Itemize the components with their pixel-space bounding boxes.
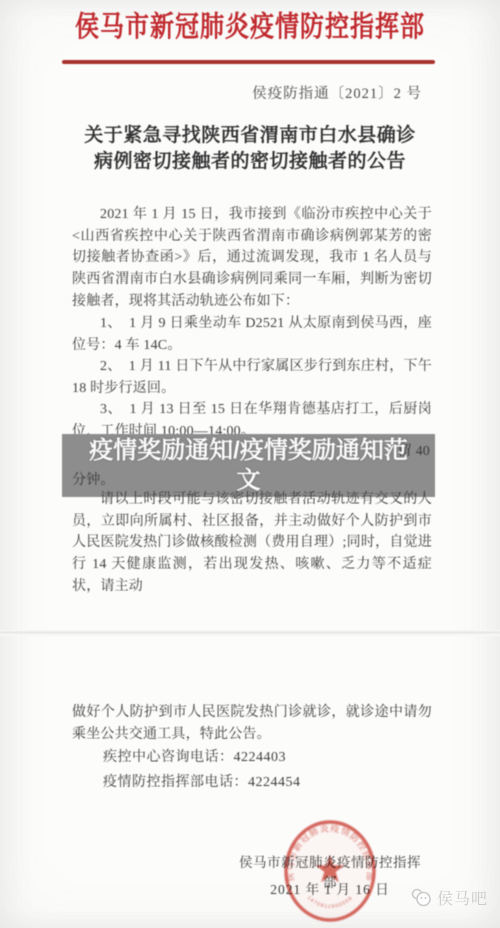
document-photo: 侯马市新冠肺炎疫情防控指挥部 侯疫防指通〔2021〕2 号 关于紧急寻找陕西省渭… (0, 0, 500, 928)
photo-stitch-seam (0, 630, 500, 636)
official-red-seal: 侯马市新冠肺炎疫情防控指挥部 1470811900008 (281, 816, 379, 926)
letterhead-divider (62, 60, 435, 64)
headquarters-phone-line: 疫情防控指挥部电话：4224454 (103, 771, 301, 791)
track-item-2: 2、 1 月 11 日下午从中行家属区步行到东庄村，下午 18 时步行返回。 (72, 356, 432, 399)
watermark-logo-icon (410, 886, 433, 909)
caption-overlay-band: 留 40 分钟。 疫情奖励通知/疫情奖励通知范文 (62, 434, 435, 497)
paragraph-instructions: 请以上时段可能与该密切接触者活动轨迹有交叉的人员，立即向所属村、社区报备，并主动… (72, 489, 432, 598)
paragraph-intro: 2021 年 1 月 15 日，我市接到《临汾市疾控中心关于<山西省疾控中心关于… (72, 204, 432, 313)
notice-title-text: 关于紧急寻找陕西省渭南市白水县确诊病例密切接触者的密切接触者的公告 (75, 123, 425, 175)
document-number: 侯疫防指通〔2021〕2 号 (252, 82, 422, 103)
track-item-1: 1、 1 月 9 日乘坐动车 D2521 从太原南到侯马西，座位号：4 车 14… (72, 313, 432, 356)
letterhead-org-title: 侯马市新冠肺炎疫情防控指挥部 (0, 3, 500, 44)
document-content: 侯马市新冠肺炎疫情防控指挥部 侯疫防指通〔2021〕2 号 关于紧急寻找陕西省渭… (0, 0, 500, 928)
paragraph-instructions-continued: 做好个人防护到市人民医院发热门诊就诊，就诊途中请勿乘坐公共交通工具，特此公告。 (72, 702, 432, 745)
screenshot-root: 侯马市新冠肺炎疫情防控指挥部 侯疫防指通〔2021〕2 号 关于紧急寻找陕西省渭… (0, 0, 500, 928)
watermark-text: 侯马吧 (437, 886, 488, 909)
notice-title: 关于紧急寻找陕西省渭南市白水县确诊病例密切接触者的密切接触者的公告 (70, 123, 430, 175)
cdc-phone-line: 疾控中心咨询电话：4224403 (103, 746, 286, 766)
watermark: 侯马吧 (410, 886, 488, 909)
caption-overlay-text: 疫情奖励通知/疫情奖励通知范文 (79, 436, 419, 496)
